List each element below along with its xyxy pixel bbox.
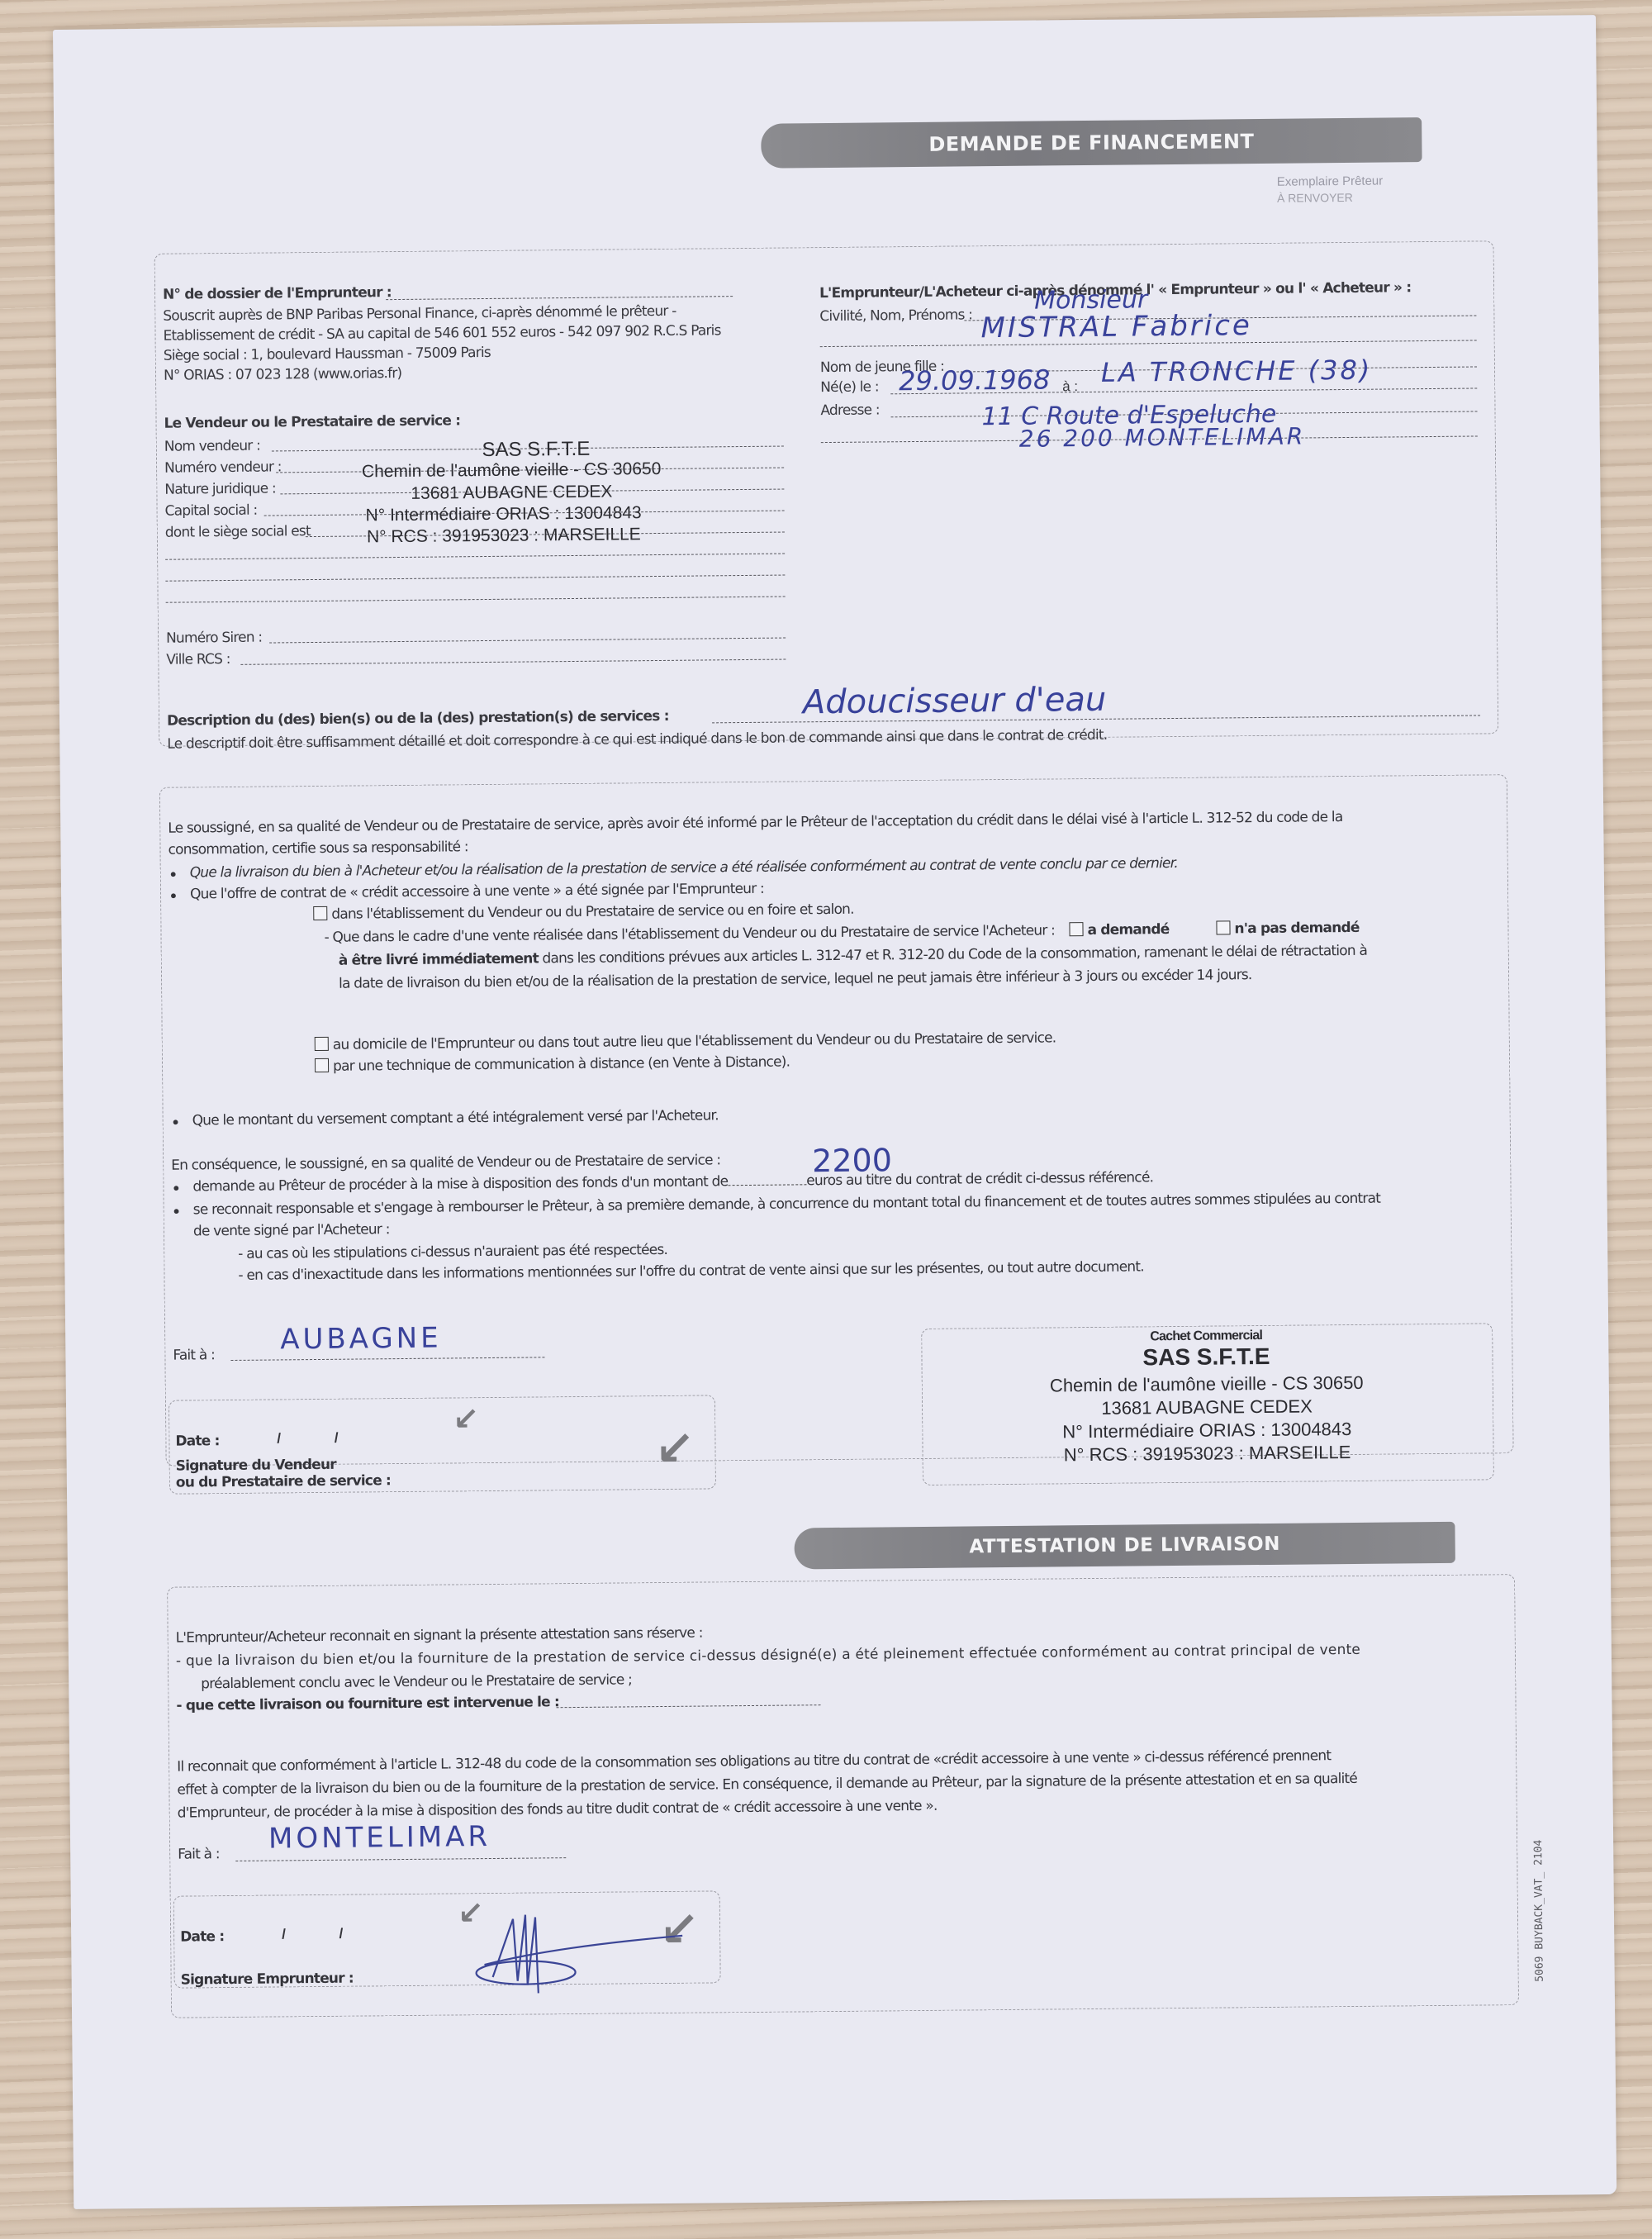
copy-sublabel: À RENVOYER	[1277, 191, 1353, 205]
borrower-signature-label: Signature Emprunteur :	[181, 1970, 354, 1989]
vendor-label-capital: Capital social :	[165, 502, 258, 520]
civilite-value-2: MISTRAL Fabrice	[980, 309, 1252, 345]
adresse-value-2: 26 200 MONTELIMAR	[1019, 422, 1306, 452]
lender-line-3: Siège social : 1, boulevard Haussman - 7…	[164, 345, 491, 364]
checkbox-domicile[interactable]	[315, 1037, 329, 1051]
copy-label: Exemplaire Prêteur	[1277, 174, 1384, 189]
civilite-label: Civilité, Nom, Prénoms :	[819, 307, 972, 325]
adresse-label: Adresse :	[820, 402, 880, 419]
form-title-banner: DEMANDE DE FINANCEMENT	[761, 117, 1422, 169]
ne-le-value: 29.09.1968	[899, 364, 1051, 397]
cert-intro-2: consommation, certifie sous sa responsab…	[168, 839, 468, 858]
vendor-date-value: / /	[277, 1430, 338, 1448]
sub-line-2-bold: à être livré immédiatement	[339, 950, 539, 968]
ville-rcs-label: Ville RCS :	[166, 651, 230, 668]
dossier-label: N° de dossier de l'Emprunteur :	[163, 284, 392, 303]
lender-line-4: N° ORIAS : 07 023 128 (www.orias.fr)	[164, 365, 401, 384]
vendor-label-nature: Nature juridique :	[164, 480, 276, 497]
vendor-fait-a-label: Fait à :	[173, 1347, 215, 1363]
a-label: à :	[1062, 378, 1078, 395]
option-na-pas-demande-label: n'a pas demandé	[1234, 920, 1359, 937]
vendor-date-label: Date :	[175, 1433, 219, 1450]
option-a-demande-label: a demandé	[1087, 921, 1169, 939]
attestation-title: ATTESTATION DE LIVRAISON	[969, 1533, 1280, 1558]
document-page: DEMANDE DE FINANCEMENT Exemplaire Prêteu…	[53, 15, 1616, 2209]
borrower-date-value: / /	[282, 1926, 343, 1943]
borrower-date-label: Date :	[180, 1928, 224, 1946]
form-title: DEMANDE DE FINANCEMENT	[928, 130, 1254, 156]
vendor-signature-label-1: Signature du Vendeur	[176, 1457, 336, 1475]
ne-le-label: Né(e) le :	[820, 378, 879, 396]
vendor-stamp-orias: N° Intermédiaire ORIAS : 13004843	[306, 502, 702, 526]
vendor-signature-label-2: ou du Prestataire de service :	[176, 1472, 391, 1490]
sign-here-arrow-icon: ↙	[453, 1400, 479, 1437]
sign-here-arrow-icon: ↙	[654, 1420, 695, 1476]
checkbox-na-pas-demande[interactable]	[1216, 920, 1230, 934]
vendor-stamp-rcs: N° RCS : 391953023 : MARSEILLE	[306, 524, 702, 548]
checkbox-a-demande[interactable]	[1069, 922, 1083, 936]
borrower-fait-a-label: Fait à :	[178, 1846, 220, 1862]
vendor-stamp-city: 13681 AUBAGNE CEDEX	[330, 482, 693, 505]
stamp-line-name: SAS S.F.T.E	[921, 1341, 1491, 1373]
option-a-demande[interactable]: a demandé	[1069, 921, 1169, 939]
checkbox-distance[interactable]	[315, 1058, 329, 1072]
vendor-label-numero: Numéro vendeur :	[164, 459, 282, 476]
option-na-pas-demande[interactable]: n'a pas demandé	[1216, 920, 1359, 938]
borrower-fait-a-value: MONTELIMAR	[268, 1820, 491, 1856]
borrower-signature	[434, 1901, 708, 2003]
attestation-title-banner: ATTESTATION DE LIVRAISON	[794, 1522, 1455, 1570]
cert-bullet-responsable-2: de vente signé par l'Acheteur :	[193, 1221, 390, 1239]
vendor-label-nom: Nom vendeur :	[164, 438, 260, 455]
vendor-section-label: Le Vendeur ou le Prestataire de service …	[164, 412, 460, 431]
vendor-label-siege: dont le siège social est	[165, 523, 311, 541]
a-value: LA TRONCHE (38)	[1101, 354, 1373, 388]
checkbox-etablissement[interactable]	[313, 906, 327, 920]
amount-value: 2200	[812, 1142, 892, 1179]
form-code: 5069 BUYBACK_VAT_ 2104	[1532, 1840, 1546, 1982]
vendor-stamp-address: Chemin de l'aumône vieille - CS 30650	[297, 459, 726, 483]
siren-label: Numéro Siren :	[166, 630, 262, 647]
vendor-fait-a-value: AUBAGNE	[280, 1322, 442, 1357]
description-value: Adoucisseur d'eau	[803, 681, 1107, 722]
amount-field[interactable]	[728, 1184, 806, 1186]
